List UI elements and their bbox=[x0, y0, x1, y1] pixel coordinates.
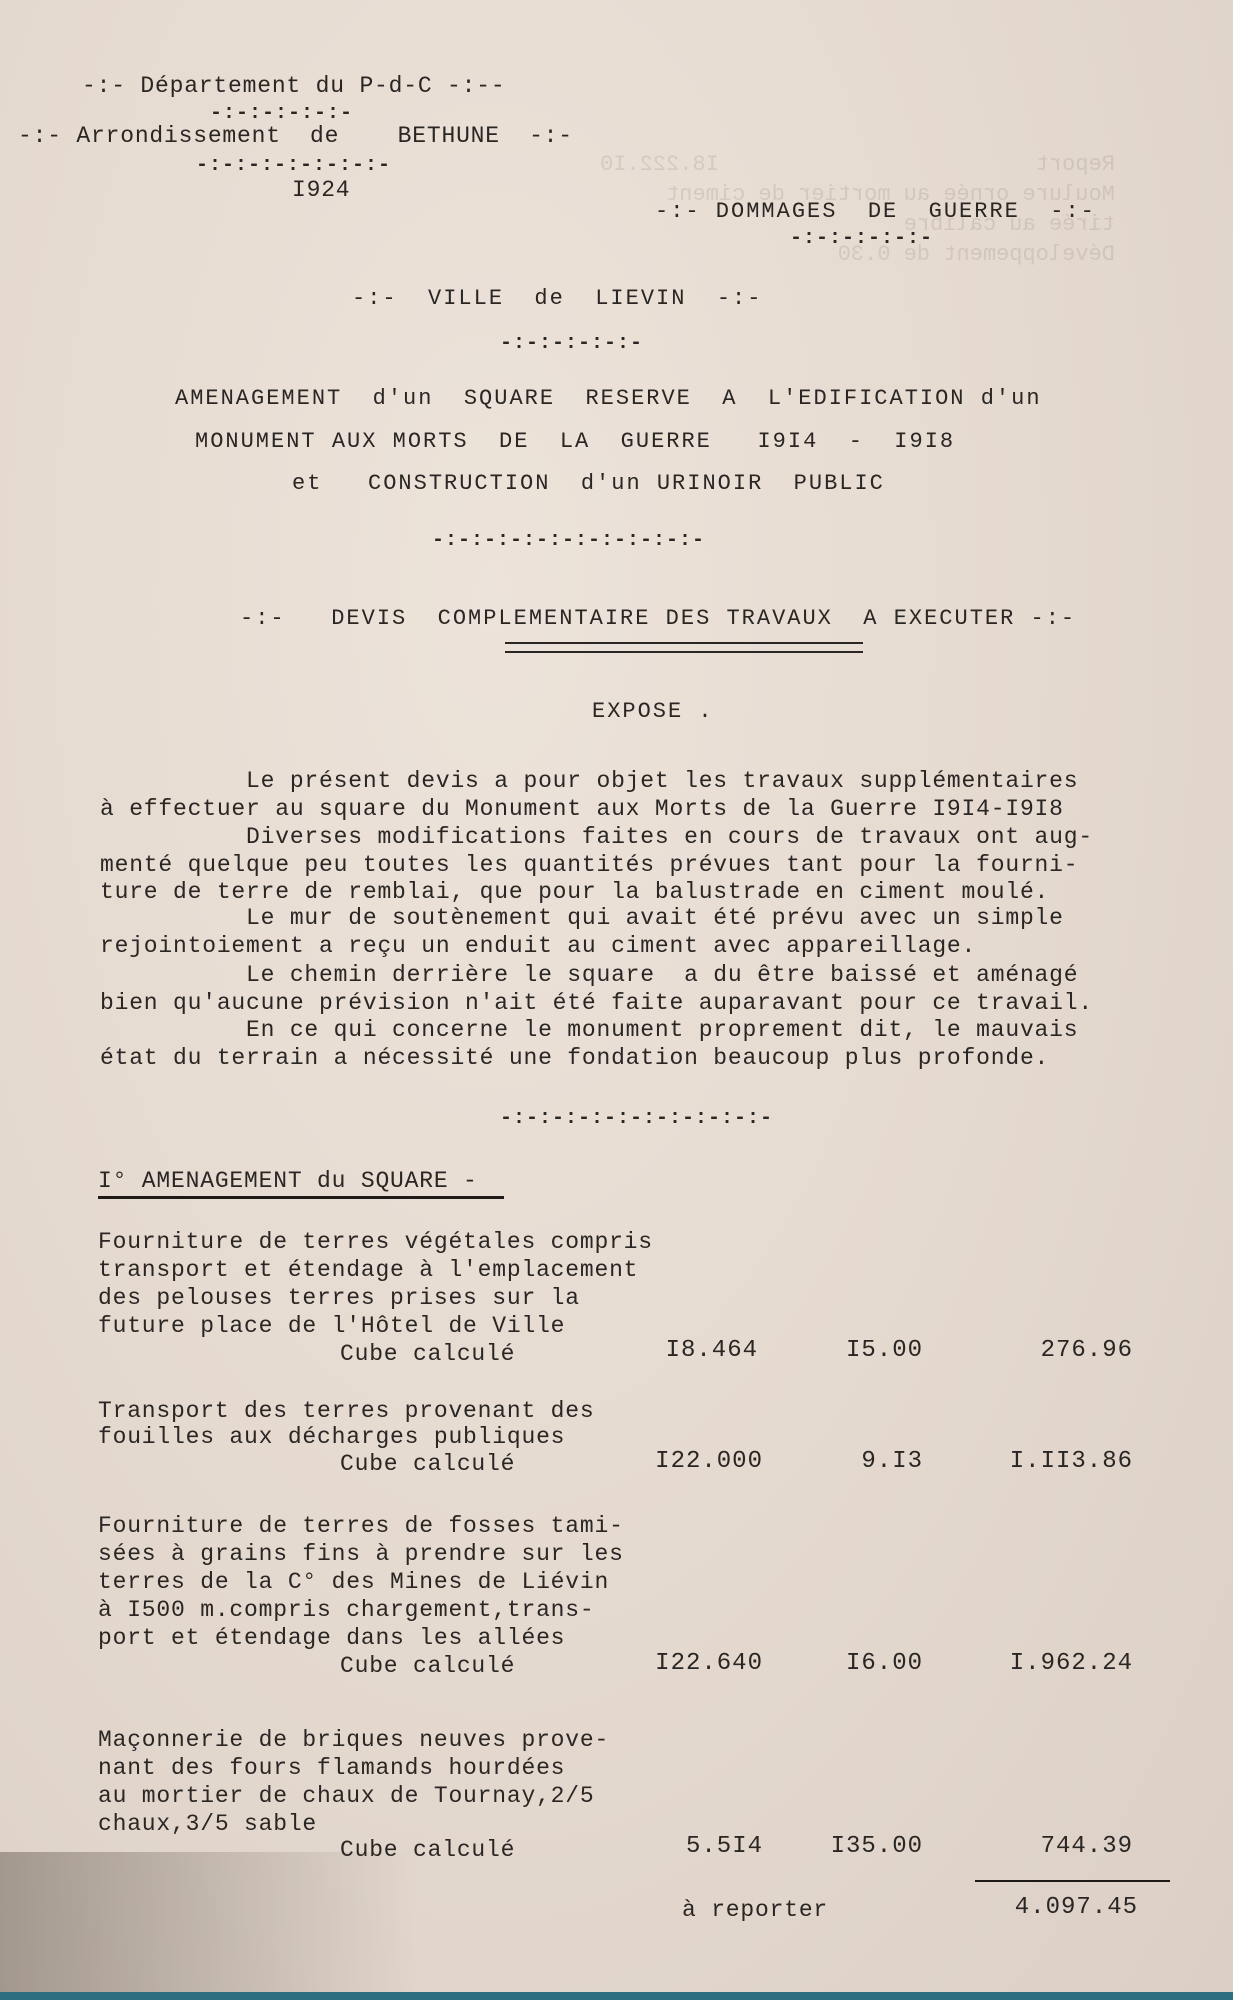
expose-line: Le présent devis a pour objet les travau… bbox=[100, 767, 1078, 795]
item-unit-price: 9.I3 bbox=[861, 1448, 923, 1475]
item-description: fouilles aux décharges publiques bbox=[98, 1423, 565, 1451]
section-underline bbox=[98, 1196, 504, 1199]
item-unit-price: I5.00 bbox=[846, 1337, 923, 1364]
item-description: des pelouses terres prises sur la bbox=[98, 1284, 580, 1312]
item-description: Fourniture de terres végétales compris bbox=[98, 1228, 653, 1256]
item-unit: Cube calculé bbox=[340, 1652, 515, 1680]
item-description: chaux,3/5 sable bbox=[98, 1810, 317, 1838]
arrondissement-heading: -:- Arrondissement de BETHUNE -:- bbox=[18, 122, 573, 150]
expose-line: Diverses modifications faites en cours d… bbox=[100, 823, 1093, 851]
expose-heading: EXPOSE . bbox=[592, 698, 714, 726]
item-description: terres de la C° des Mines de Liévin bbox=[98, 1568, 609, 1596]
title-line-2: MONUMENT AUX MORTS DE LA GUERRE I9I4 - I… bbox=[195, 428, 955, 456]
item-description: sées à grains fins à prendre sur les bbox=[98, 1540, 624, 1568]
item-amount: I.II3.86 bbox=[1010, 1448, 1133, 1475]
carry-forward-total: 4.097.45 bbox=[1015, 1894, 1138, 1921]
total-rule bbox=[975, 1880, 1170, 1882]
expose-line: En ce qui concerne le monument propremen… bbox=[100, 1016, 1078, 1044]
item-description: Transport des terres provenant des bbox=[98, 1397, 594, 1425]
item-unit: Cube calculé bbox=[340, 1450, 515, 1478]
expose-line: ture de terre de remblai, que pour la ba… bbox=[100, 878, 1049, 906]
dommages-heading: -:- DOMMAGES DE GUERRE -:- bbox=[655, 198, 1096, 226]
decorative-separator: -:-:-:-:-:- bbox=[500, 330, 643, 358]
item-quantity: 5.5I4 bbox=[686, 1833, 763, 1860]
title-line-1: AMENAGEMENT d'un SQUARE RESERVE A L'EDIF… bbox=[175, 385, 1042, 413]
decorative-separator: -:-:-:-:-:-:-:-:-:-:- bbox=[500, 1105, 773, 1133]
item-description: port et étendage dans les allées bbox=[98, 1624, 565, 1652]
double-underline bbox=[505, 642, 863, 653]
decorative-separator: -:-:-:-:-:- bbox=[790, 225, 933, 253]
expose-line: bien qu'aucune prévision n'ait été faite… bbox=[100, 989, 1093, 1017]
item-description: transport et étendage à l'emplacement bbox=[98, 1256, 638, 1284]
expose-line: Le mur de soutènement qui avait été prév… bbox=[100, 904, 1064, 932]
item-description: au mortier de chaux de Tournay,2/5 bbox=[98, 1782, 594, 1810]
item-unit: Cube calculé bbox=[340, 1836, 515, 1864]
item-unit-price: I6.00 bbox=[846, 1650, 923, 1677]
item-description: future place de l'Hôtel de Ville bbox=[98, 1312, 565, 1340]
title-line-3: et CONSTRUCTION d'un URINOIR PUBLIC bbox=[292, 470, 885, 498]
item-description: à I500 m.compris chargement,trans- bbox=[98, 1596, 594, 1624]
departement-heading: -:- Département du P-d-C -:-- bbox=[82, 72, 505, 100]
expose-line: à effectuer au square du Monument aux Mo… bbox=[100, 795, 1064, 823]
expose-line: Le chemin derrière le square a du être b… bbox=[100, 961, 1078, 989]
item-unit: Cube calculé bbox=[340, 1340, 515, 1368]
item-amount: I.962.24 bbox=[1010, 1650, 1133, 1677]
expose-line: menté quelque peu toutes les quantités p… bbox=[100, 851, 1078, 879]
carry-forward-label: à reporter bbox=[682, 1896, 828, 1924]
item-description: Maçonnerie de briques neuves prove- bbox=[98, 1726, 609, 1754]
year: I924 bbox=[292, 176, 350, 204]
section-heading: I° AMENAGEMENT du SQUARE - bbox=[98, 1167, 478, 1195]
expose-line: rejointoiement a reçu un enduit au cimen… bbox=[100, 932, 976, 960]
expose-line: état du terrain a nécessité une fondatio… bbox=[100, 1044, 1049, 1072]
item-quantity: I22.000 bbox=[655, 1448, 763, 1475]
item-unit-price: I35.00 bbox=[831, 1833, 923, 1860]
item-amount: 276.96 bbox=[1041, 1337, 1133, 1364]
item-quantity: I8.464 bbox=[666, 1337, 758, 1364]
item-description: nant des fours flamands hourdées bbox=[98, 1754, 565, 1782]
devis-heading: -:- DEVIS COMPLEMENTAIRE DES TRAVAUX A E… bbox=[240, 605, 1076, 633]
document-page: Report I8.222.I0 Moulure ornée au mortie… bbox=[0, 0, 1233, 1992]
decorative-separator: -:-:-:-:-:-:-:-:-:-:- bbox=[432, 527, 705, 555]
item-quantity: I22.640 bbox=[655, 1650, 763, 1677]
item-description: Fourniture de terres de fosses tami- bbox=[98, 1512, 624, 1540]
item-amount: 744.39 bbox=[1041, 1833, 1133, 1860]
ville-heading: -:- VILLE de LIEVIN -:- bbox=[352, 285, 762, 313]
